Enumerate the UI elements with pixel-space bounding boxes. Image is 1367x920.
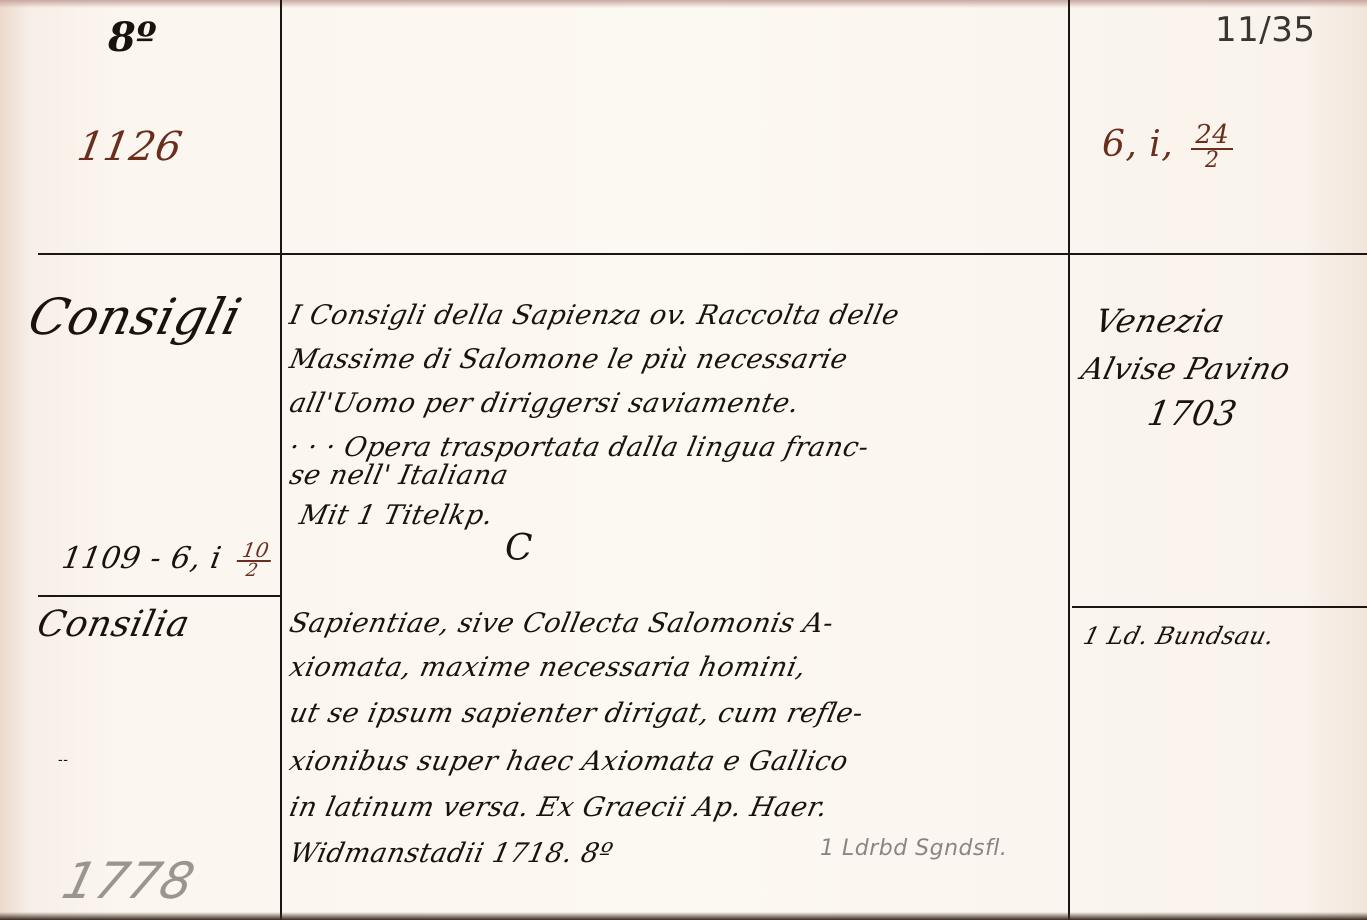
entry1-note: Mit 1 Titelkp. bbox=[297, 500, 496, 531]
shelf-mark-denominator: 2 bbox=[1191, 150, 1233, 172]
entry1-title-line: all'Uomo per diriggersi saviamente. bbox=[287, 388, 802, 419]
entry1-title-line: · · · Opera trasportata dalla lingua fra… bbox=[287, 432, 872, 463]
column-rule-right bbox=[1068, 0, 1070, 920]
entry2-title-line: xiomata, maxime necessaria homini, bbox=[287, 652, 809, 683]
entry1-title-line: Massime di Salomone le più necessarie bbox=[287, 344, 851, 375]
entry-separator-right bbox=[1072, 606, 1367, 608]
cross-ref-denominator: 2 bbox=[233, 562, 271, 580]
shelf-mark-prefix: 6, i, bbox=[1102, 124, 1173, 165]
archive-ref: 11/35 bbox=[1215, 10, 1315, 50]
format-mark: 8º bbox=[108, 14, 157, 61]
entry2-title-line: in latinum versa. Ex Graecii Ap. Haer. bbox=[287, 792, 831, 823]
shelf-mark: 6, i, 24 2 bbox=[1102, 122, 1233, 172]
entry2-title-line: Widmanstadii 1718. 8º bbox=[287, 838, 616, 869]
entry1-cross-ref: 1109 - 6, i 10 2 bbox=[58, 540, 274, 580]
card-top-edge bbox=[0, 0, 1367, 8]
entry1-imprint-publisher: Alvise Pavino bbox=[1078, 352, 1294, 387]
entry2-title-line: xionibus super haec Axiomata e Gallico bbox=[287, 746, 851, 777]
entry1-title-line: se nell' Italiana bbox=[287, 460, 512, 491]
entry-separator-left bbox=[38, 595, 280, 597]
cross-ref-fraction: 10 2 bbox=[233, 540, 275, 580]
entry1-note-mark: C bbox=[505, 528, 533, 569]
entry1-title-line: I Consigli della Sapienza ov. Raccolta d… bbox=[287, 300, 902, 331]
entry2-title-line: ut se ipsum sapienter dirigat, cum refle… bbox=[287, 698, 866, 729]
entry2-pencil-note: 1 Ldrbd Sgndsfl. bbox=[820, 836, 1007, 861]
column-rule-left bbox=[280, 0, 282, 920]
entry2-binding: 1 Ld. Bundsau. bbox=[1081, 622, 1278, 650]
entry2-title-line: Sapientiae, sive Collecta Salomonis A- bbox=[287, 608, 837, 639]
cross-ref-prefix: 1109 - 6, i bbox=[59, 541, 224, 576]
entry1-heading: Consigli bbox=[23, 288, 248, 346]
entry1-imprint-year: 1703 bbox=[1144, 394, 1240, 434]
shelf-mark-numerator: 24 bbox=[1191, 122, 1233, 150]
entry1-imprint-place: Venezia bbox=[1091, 302, 1229, 340]
cross-ref-numerator: 10 bbox=[237, 540, 275, 562]
entry2-heading: Consilia bbox=[34, 604, 194, 645]
shelf-mark-fraction: 24 2 bbox=[1191, 122, 1233, 172]
entry2-pencil-year: 1778 bbox=[57, 852, 201, 910]
catalog-card: 8º 1126 11/35 6, i, 24 2 Consigli I Cons… bbox=[0, 0, 1367, 920]
call-number: 1126 bbox=[74, 124, 186, 170]
entry2-margin-mark: -- bbox=[58, 752, 68, 768]
header-rule bbox=[38, 253, 1367, 255]
